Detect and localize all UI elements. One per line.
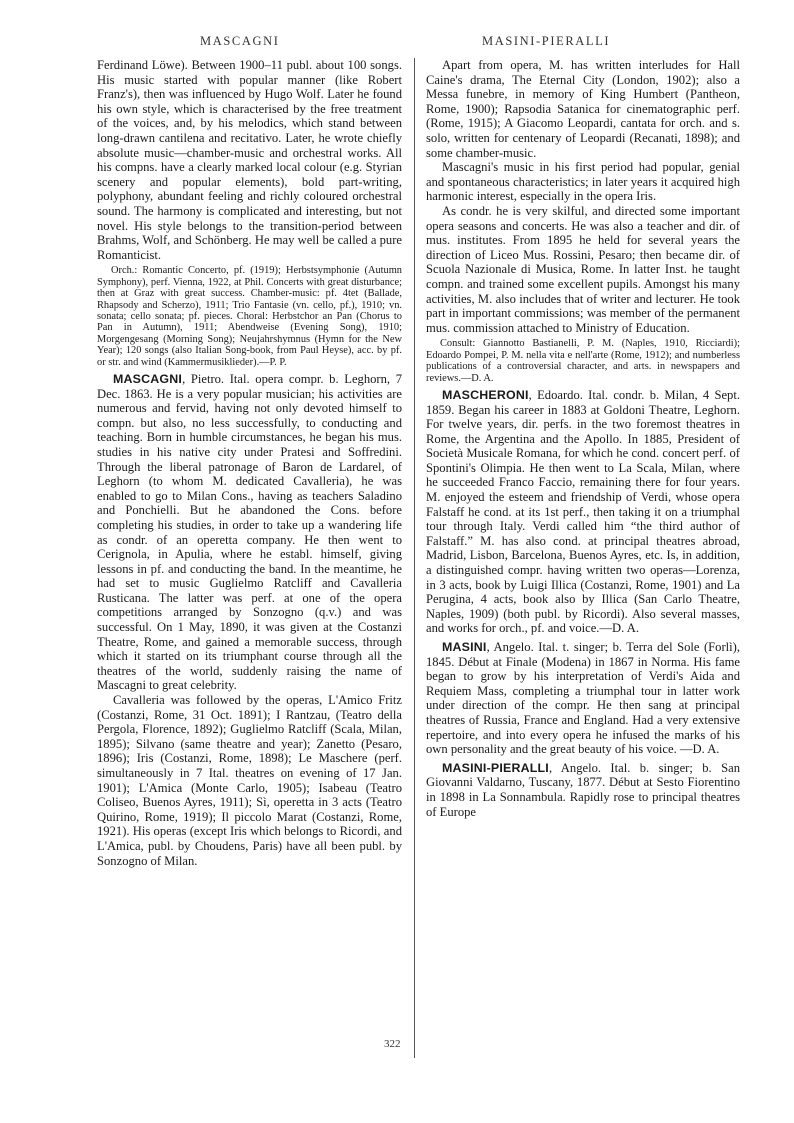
conductor-paragraph: As condr. he is very skilful, and direct… <box>426 204 740 335</box>
entry-mascagni: MASCAGNI, Pietro. Ital. opera compr. b. … <box>97 372 402 693</box>
column-divider <box>414 58 415 1058</box>
page-number: 322 <box>384 1038 401 1050</box>
works-list-note: Orch.: Romantic Concerto, pf. (1919); He… <box>97 265 402 368</box>
headword-mascheroni: MASCHERONI <box>442 388 529 402</box>
running-head-right: MASINI-PIERALLI <box>482 34 610 49</box>
entry-masini-pieralli: MASINI-PIERALLI, Angelo. Ital. b. singer… <box>426 761 740 819</box>
entry-masini: MASINI, Angelo. Ital. t. singer; b. Terr… <box>426 640 740 757</box>
entry-body: , Angelo. Ital. t. singer; b. Terra del … <box>426 640 740 756</box>
other-works-paragraph: Apart from opera, M. has written interlu… <box>426 58 740 160</box>
running-head-left: MASCAGNI <box>200 34 279 49</box>
forename: , Pietro. <box>182 372 224 386</box>
right-column: Apart from opera, M. has written interlu… <box>426 58 740 819</box>
left-column: Ferdinand Löwe). Between 1900–11 publ. a… <box>97 58 402 868</box>
entry-body: , Edoardo. Ital. condr. b. Milan, 4 Sept… <box>426 388 740 636</box>
headword-masini: MASINI <box>442 640 487 654</box>
continuation-paragraph: Ferdinand Löwe). Between 1900–11 publ. a… <box>97 58 402 262</box>
operas-paragraph: Cavalleria was followed by the operas, L… <box>97 693 402 868</box>
headword-mascagni: MASCAGNI <box>113 372 182 386</box>
entry-mascheroni: MASCHERONI, Edoardo. Ital. condr. b. Mil… <box>426 388 740 636</box>
style-paragraph: Mascagni's music in his first period had… <box>426 160 740 204</box>
entry-body: Ital. opera compr. b. Leghorn, 7 Dec. 18… <box>97 372 402 692</box>
headword-masini-pieralli: MASINI-PIERALLI <box>442 761 549 775</box>
consult-note: Consult: Giannotto Bastianelli, P. M. (N… <box>426 338 740 384</box>
